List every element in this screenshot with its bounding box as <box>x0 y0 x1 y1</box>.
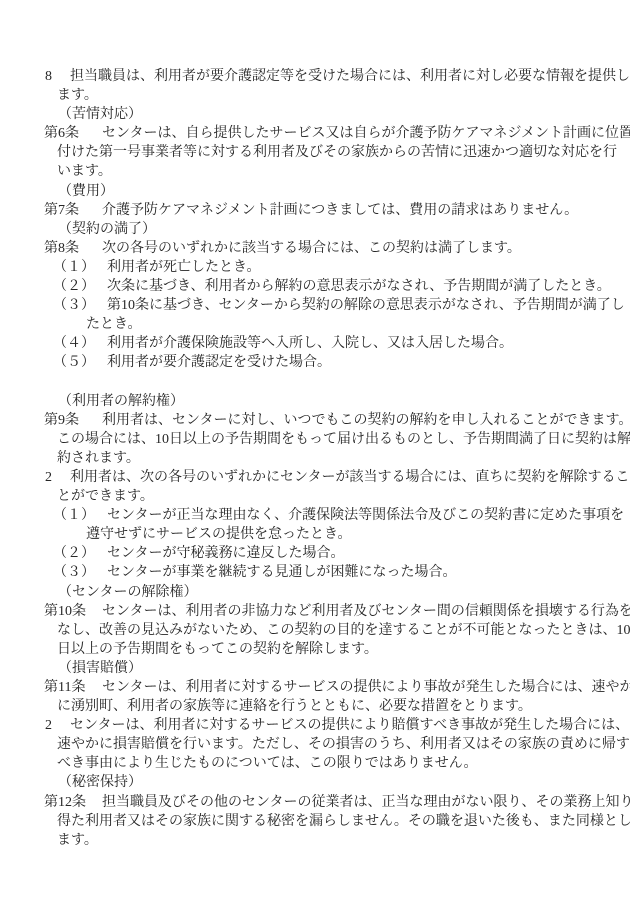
line-text: 第10条に基づき、センターから契約の解除の意思表示がなされ、予告期間が満了し <box>107 298 625 313</box>
line-label: （３） <box>53 563 95 582</box>
line-text: に湧別町、利用者の家族等に連絡を行うとともに、必要な措置をとります。 <box>57 699 532 714</box>
document-line: に湧別町、利用者の家族等に連絡を行うとともに、必要な措置をとります。 <box>0 697 600 716</box>
document-line: （苦情対応） <box>0 105 600 124</box>
line-label: 第6条 <box>44 124 88 143</box>
line-text: 利用者は、次の各号のいずれかにセンターが該当する場合には、直ちに契約を解除するこ <box>70 470 629 485</box>
document-line: 第9条利用者は、センターに対し、いつでもこの契約の解約を申し入れることができます… <box>0 411 600 430</box>
document-line: います。 <box>0 162 600 181</box>
document-line: とができます。 <box>0 487 600 506</box>
document-page: 8担当職員は、利用者が要介護認定等を受けた場合には、利用者に対し必要な情報を提供… <box>0 0 630 915</box>
line-text: （センターの解除権） <box>58 585 197 600</box>
document-line: （契約の満了） <box>0 220 600 239</box>
document-line: 付けた第一号事業者等に対する利用者及びその家族からの苦情に迅速かつ適切な対応を行 <box>0 143 600 162</box>
document-line: （３）第10条に基づき、センターから契約の解除の意思表示がなされ、予告期間が満了… <box>0 296 600 315</box>
document-line: 2利用者は、次の各号のいずれかにセンターが該当する場合には、直ちに契約を解除する… <box>0 468 600 487</box>
line-label: （３） <box>53 296 95 315</box>
document-line: （センターの解除権） <box>0 583 600 602</box>
line-text: 次の各号のいずれかに該当する場合には、この契約は満了します。 <box>102 241 521 256</box>
document-line: （秘密保持） <box>0 773 600 792</box>
document-line: （３）センターが事業を継続する見通しが困難になった場合。 <box>0 563 600 582</box>
document-line: 第7条介護予防ケアマネジメント計画につきましては、費用の請求はありません。 <box>0 201 600 220</box>
line-text: 担当職員は、利用者が要介護認定等を受けた場合には、利用者に対し必要な情報を提供し <box>70 69 630 84</box>
document-line: 遵守せずにサービスの提供を怠ったとき。 <box>0 525 600 544</box>
line-text: （利用者の解約権） <box>58 394 184 409</box>
line-text: 介護予防ケアマネジメント計画につきましては、費用の請求はありません。 <box>102 203 578 218</box>
document-line: （損害賠償） <box>0 659 600 678</box>
line-text: います。 <box>57 164 112 179</box>
line-text: 利用者は、センターに対し、いつでもこの契約の解約を申し入れることができます。 <box>102 413 630 428</box>
line-text: （契約の満了） <box>58 222 156 237</box>
line-text: センターが守秘義務に違反した場合。 <box>107 546 344 561</box>
line-text: 約されます。 <box>57 451 140 466</box>
line-label: 2 <box>45 716 55 735</box>
document-line: （利用者の解約権） <box>0 392 600 411</box>
document-body: 8担当職員は、利用者が要介護認定等を受けた場合には、利用者に対し必要な情報を提供… <box>0 67 600 850</box>
document-line: （費用） <box>0 182 600 201</box>
line-text: 速やかに損害賠償を行います。ただし、その損害のうち、利用者又はその家族の責めに帰… <box>57 737 630 752</box>
line-label: 第10条 <box>44 602 88 621</box>
document-line: ます。 <box>0 86 600 105</box>
line-text: 利用者が要介護認定を受けた場合。 <box>107 355 331 370</box>
line-text: この場合には、10日以上の予告期間をもって届け出るものとし、予告期間満了日に契約… <box>57 432 630 447</box>
line-label: （１） <box>53 506 95 525</box>
line-text: 得た利用者又はその家族に関する秘密を漏らしません。その職を退いた後も、また同様と… <box>57 814 630 829</box>
line-text: 利用者が介護保険施設等へ入所し、入院し、又は入居した場合。 <box>107 336 513 351</box>
document-line: 第6条センターは、自ら提供したサービス又は自らが介護予防ケアマネジメント計画に位… <box>0 124 600 143</box>
document-line: （４）利用者が介護保険施設等へ入所し、入院し、又は入居した場合。 <box>0 334 600 353</box>
line-label: （２） <box>53 277 95 296</box>
line-label: （４） <box>53 334 95 353</box>
line-text: （費用） <box>58 184 114 199</box>
document-line: たとき。 <box>0 315 600 334</box>
document-line: （１）利用者が死亡したとき。 <box>0 258 600 277</box>
document-line: 約されます。 <box>0 449 600 468</box>
line-label: 第12条 <box>44 793 88 812</box>
line-label: （２） <box>53 544 95 563</box>
line-text: センターは、自ら提供したサービス又は自らが介護予防ケアマネジメント計画に位置 <box>102 126 630 141</box>
line-text: （損害賠償） <box>58 661 142 676</box>
line-label: 8 <box>45 67 55 86</box>
line-text: （秘密保持） <box>58 775 142 790</box>
line-label: 第9条 <box>44 411 88 430</box>
line-label: （５） <box>53 353 95 372</box>
document-line: （２）センターが守秘義務に違反した場合。 <box>0 544 600 563</box>
line-text: センターは、利用者の非協力など利用者及びセンター間の信頼関係を損壊する行為を <box>102 604 630 619</box>
line-text: センターは、利用者に対するサービスの提供により事故が発生した場合には、速やか <box>102 680 630 695</box>
document-line: 第12条担当職員及びその他のセンターの従業者は、正当な理由がない限り、その業務上… <box>0 793 600 812</box>
line-label: 第8条 <box>44 239 88 258</box>
line-text: 遵守せずにサービスの提供を怠ったとき。 <box>86 527 351 542</box>
blank-line <box>0 373 600 392</box>
line-text: たとき。 <box>86 317 141 332</box>
line-label: 2 <box>45 468 55 487</box>
line-text: センターが事業を継続する見通しが困難になった場合。 <box>107 565 456 580</box>
document-line: 得た利用者又はその家族に関する秘密を漏らしません。その職を退いた後も、また同様と… <box>0 812 600 831</box>
document-line: 2センターは、利用者に対するサービスの提供により賠償すべき事故が発生した場合には… <box>0 716 600 735</box>
document-line: なし、改善の見込みがないため、この契約の目的を達することが不可能となったときは、… <box>0 621 600 640</box>
document-line: 第10条センターは、利用者の非協力など利用者及びセンター間の信頼関係を損壊する行… <box>0 602 600 621</box>
line-label: （１） <box>53 258 95 277</box>
line-text: 担当職員及びその他のセンターの従業者は、正当な理由がない限り、その業務上知り <box>102 795 630 810</box>
line-text: なし、改善の見込みがないため、この契約の目的を達することが不可能となったときは、… <box>57 623 630 638</box>
document-line: 速やかに損害賠償を行います。ただし、その損害のうち、利用者又はその家族の責めに帰… <box>0 735 600 754</box>
document-line: この場合には、10日以上の予告期間をもって届け出るものとし、予告期間満了日に契約… <box>0 430 600 449</box>
line-text: センターは、利用者に対するサービスの提供により賠償すべき事故が発生した場合には、 <box>70 718 629 733</box>
document-line: ます。 <box>0 831 600 850</box>
line-label: 第7条 <box>44 201 88 220</box>
document-line: （５）利用者が要介護認定を受けた場合。 <box>0 353 600 372</box>
document-line: 8担当職員は、利用者が要介護認定等を受けた場合には、利用者に対し必要な情報を提供… <box>0 67 600 86</box>
document-line: 第11条センターは、利用者に対するサービスの提供により事故が発生した場合には、速… <box>0 678 600 697</box>
line-text: 次条に基づき、利用者から解約の意思表示がなされ、予告期間が満了したとき。 <box>107 279 611 294</box>
line-text: べき事由により生じたものについては、この限りではありません。 <box>57 756 478 771</box>
document-line: （１）センターが正当な理由なく、介護保険法等関係法令及びこの契約書に定めた事項を <box>0 506 600 525</box>
line-text: （苦情対応） <box>58 107 142 122</box>
line-text: 日以上の予告期間をもってこの契約を解除します。 <box>57 642 378 657</box>
document-line: べき事由により生じたものについては、この限りではありません。 <box>0 754 600 773</box>
line-text: 利用者が死亡したとき。 <box>107 260 260 275</box>
line-text: ます。 <box>57 88 98 103</box>
line-text: 付けた第一号事業者等に対する利用者及びその家族からの苦情に迅速かつ適切な対応を行 <box>57 145 617 160</box>
line-text: センターが正当な理由なく、介護保険法等関係法令及びこの契約書に定めた事項を <box>107 508 624 523</box>
document-line: （２）次条に基づき、利用者から解約の意思表示がなされ、予告期間が満了したとき。 <box>0 277 600 296</box>
line-text: ます。 <box>57 833 98 848</box>
line-label: 第11条 <box>44 678 88 697</box>
line-text: とができます。 <box>57 489 154 504</box>
document-line: 日以上の予告期間をもってこの契約を解除します。 <box>0 640 600 659</box>
document-line: 第8条次の各号のいずれかに該当する場合には、この契約は満了します。 <box>0 239 600 258</box>
